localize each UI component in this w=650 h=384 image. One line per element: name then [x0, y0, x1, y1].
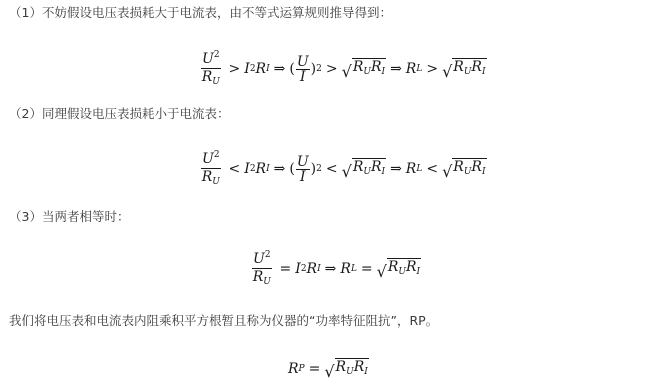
sqrt-ru-ri: √ RURI [377, 258, 421, 280]
fraction-u2-over-ru: U2 RU [201, 148, 221, 190]
fraction-u2-over-ru: U2 RU [201, 48, 221, 90]
sqrt-ru-ri: √ RURI [442, 58, 486, 80]
paragraph-power-impedance-definition: 我们将电压表和电流表内阻乘积平方根暂且称为仪器的“功率特征阻抗”，RP。 [9, 313, 438, 329]
sqrt-ru-ri: √ RURI [342, 58, 386, 80]
sqrt-ru-ri: √ RURI [324, 358, 368, 380]
paragraph-assumption-2: （2）同理假设电压表损耗小于电流表： [9, 106, 229, 122]
paragraph-assumption-1: （1）不妨假设电压表损耗大于电流表，由不等式运算规则推导得到： [9, 5, 392, 21]
formula-rp-definition: RP = √ RURI [288, 358, 369, 380]
formula-equal: U2 RU = I2 RI ⇒ RL = √ RURI [252, 248, 421, 290]
sqrt-ru-ri: √ RURI [342, 158, 386, 180]
paragraph-equal-case: （3）当两者相等时： [9, 209, 129, 225]
fraction-u2-over-ru: U2 RU [252, 248, 272, 290]
formula-voltmeter-greater: U2 RU > I2 RI ⇒ ( UI )2 > √ RURI ⇒ RL > … [201, 48, 487, 90]
sqrt-ru-ri: √ RURI [442, 158, 486, 180]
formula-voltmeter-less: U2 RU < I2 RI ⇒ ( UI )2 < √ RURI ⇒ RL < … [201, 148, 487, 190]
